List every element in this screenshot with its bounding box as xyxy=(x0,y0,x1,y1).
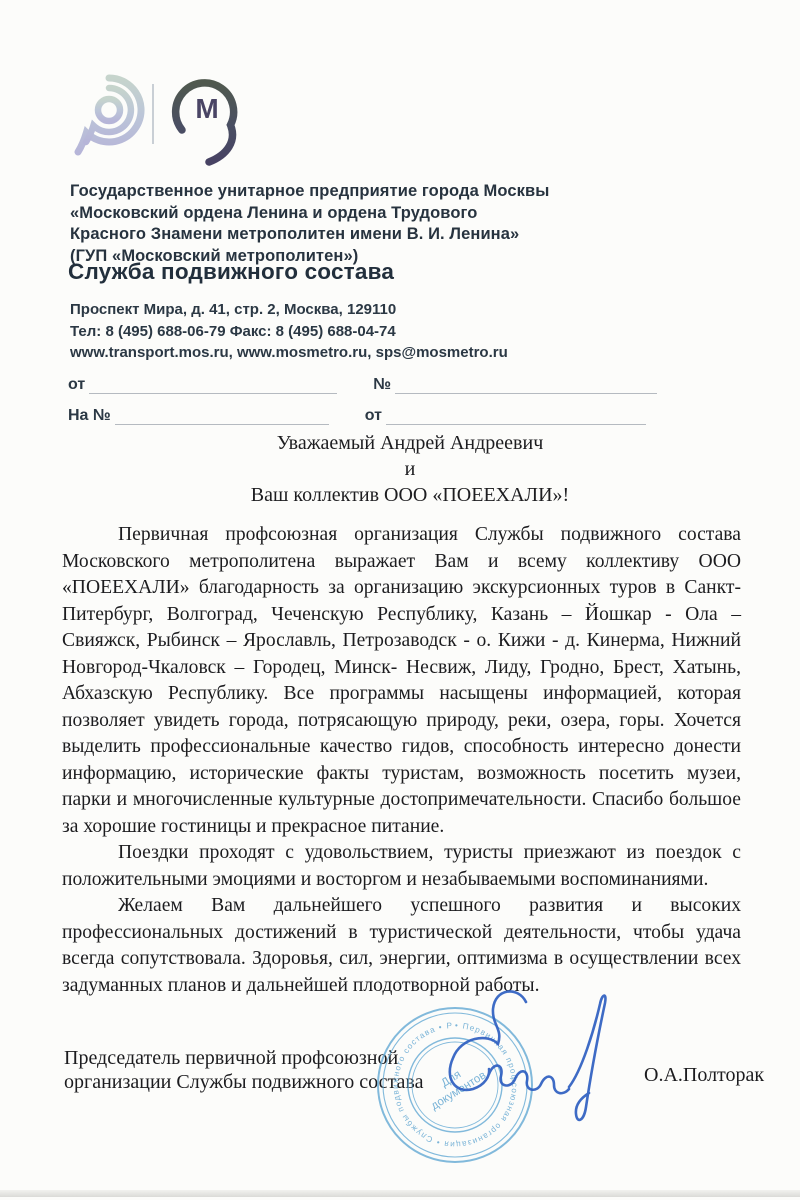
moscow-transport-logo-icon xyxy=(68,74,150,168)
salutation-line-1: Уважаемый Андрей Андреевич xyxy=(100,430,720,456)
reference-row-2: На № от xyxy=(68,403,674,425)
org-name-block: Государственное унитарное предприятие го… xyxy=(70,181,550,267)
body-paragraph: Первичная профсоюзная организация Службы… xyxy=(62,522,741,840)
metro-m-letter: М xyxy=(195,93,218,124)
ref-label-from: от xyxy=(68,376,89,394)
salutation-line-3: Ваш коллектив ООО «ПОЕЕХАЛИ»! xyxy=(100,482,720,508)
salutation-line-2: и xyxy=(100,456,720,482)
reference-row-1: от № xyxy=(68,372,674,394)
ref-blank-line xyxy=(89,375,337,394)
phone-fax: Тел: 8 (495) 688-06-79 Факс: 8 (495) 688… xyxy=(70,321,570,343)
org-line: Красного Знамени метрополитен имени В. И… xyxy=(70,224,550,246)
postal-address: Проспект Мира, д. 41, стр. 2, Москва, 12… xyxy=(70,299,570,321)
ref-label-number: № xyxy=(373,376,395,394)
moscow-metro-logo-icon: М xyxy=(170,74,248,166)
ref-label-from: от xyxy=(365,407,386,425)
ref-blank-line xyxy=(386,406,646,425)
scan-edge-artifact xyxy=(0,1190,800,1197)
handwritten-signature xyxy=(398,982,614,1140)
contact-block: Проспект Мира, д. 41, стр. 2, Москва, 12… xyxy=(70,299,570,364)
ref-blank-line xyxy=(395,375,657,394)
signer-name: О.А.Полторак xyxy=(644,1064,764,1087)
salutation: Уважаемый Андрей Андреевич и Ваш коллект… xyxy=(100,430,720,508)
letter-body: Первичная профсоюзная организация Службы… xyxy=(62,522,741,999)
department-title: Служба подвижного состава xyxy=(68,259,568,285)
scanned-letter-page: М Государственное унитарное предприятие … xyxy=(0,0,800,1200)
org-line: «Московский ордена Ленина и ордена Трудо… xyxy=(70,203,550,225)
letterhead-logos: М xyxy=(68,74,268,169)
org-line: Государственное унитарное предприятие го… xyxy=(70,181,550,203)
ref-blank-line xyxy=(115,406,329,425)
ref-label-on-number: На № xyxy=(68,407,115,425)
logo-divider xyxy=(152,84,154,144)
body-paragraph: Поездки проходят с удовольствием, турист… xyxy=(62,840,741,893)
web-email: www.transport.mos.ru, www.mosmetro.ru, s… xyxy=(70,342,570,364)
